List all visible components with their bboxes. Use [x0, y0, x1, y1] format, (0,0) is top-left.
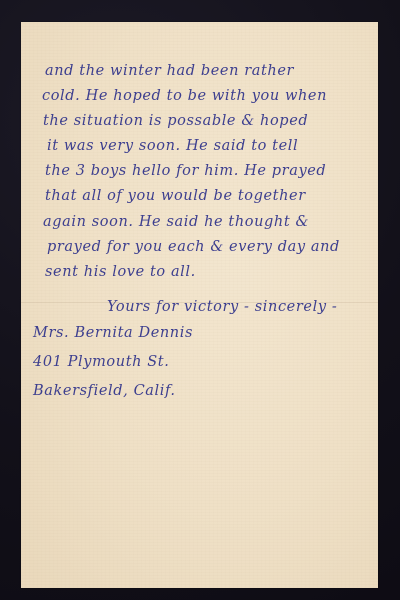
letter-line: again soon. He said he thought & — [43, 215, 309, 230]
letter-page: and the winter had been rather cold. He … — [21, 22, 378, 588]
signature-name: Mrs. Bernita Dennis — [33, 326, 193, 341]
letter-line: the situation is possable & hoped — [43, 114, 308, 129]
letter-line: the 3 boys hello for him. He prayed — [45, 164, 326, 179]
letter-line: prayed for you each & every day and — [47, 240, 340, 255]
letter-line: sent his love to all. — [45, 265, 196, 280]
letter-line: cold. He hoped to be with you when — [42, 89, 327, 104]
letter-line: that all of you would be together — [45, 189, 306, 204]
letter-line: it was very soon. He said to tell — [47, 139, 298, 154]
letter-line: and the winter had been rather — [45, 64, 294, 79]
signature-address-street: 401 Plymouth St. — [33, 355, 169, 370]
letter-closing: Yours for victory - sincerely - — [107, 300, 337, 315]
signature-address-city: Bakersfield, Calif. — [33, 384, 176, 399]
